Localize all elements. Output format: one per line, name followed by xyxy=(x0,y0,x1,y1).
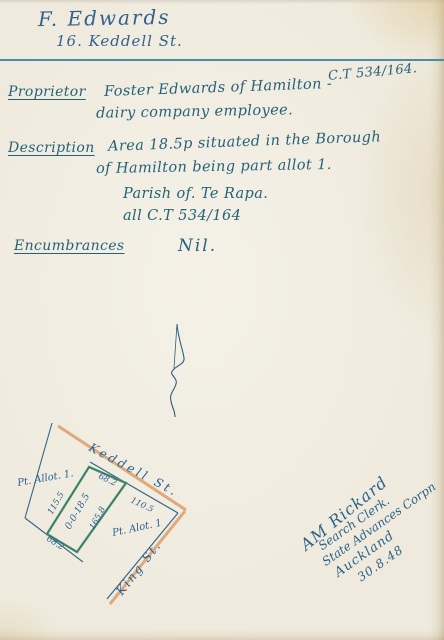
right-frontage-dim: 110.5 xyxy=(129,496,155,515)
king-street-label: King St. xyxy=(113,538,165,599)
description-label: Description xyxy=(8,140,95,156)
encumbrances-label: Encumbrances xyxy=(14,238,125,254)
header-rule xyxy=(0,59,444,61)
record-card-page: F. Edwards 16. Keddell St. C.T 534/164. … xyxy=(0,0,444,640)
left-boundary-line xyxy=(25,423,52,518)
encumbrances-value: Nil. xyxy=(178,236,217,256)
survey-plan: Keddell St. King St. 68.2 110.5 115.5 0-… xyxy=(10,418,200,618)
description-line1: Area 18.5p situated in the Borough xyxy=(108,129,382,155)
left-side-dim: 115.5 xyxy=(46,490,67,516)
left-parcel-label: Pt. Allot. 1. xyxy=(16,468,75,489)
pen-squiggle xyxy=(158,318,198,423)
keddell-street-label: Keddell St. xyxy=(86,440,181,500)
rear-dim: 68.2 xyxy=(44,534,65,553)
signature-block: AM Rickard Search Clerk. State Advances … xyxy=(283,414,444,607)
proprietor-label: Proprietor xyxy=(8,84,86,100)
right-side-dim: 165.8 xyxy=(88,505,109,532)
ct-reference: C.T 534/164. xyxy=(328,61,418,84)
owner-address: 16. Keddell St. xyxy=(56,32,183,50)
owner-name: F. Edwards xyxy=(38,5,171,31)
description-line2: of Hamilton being part allot 1. xyxy=(96,157,332,177)
proprietor-line1: Foster Edwards of Hamilton - xyxy=(104,76,333,100)
proprietor-line2: dairy company employee. xyxy=(96,102,293,121)
frontage-dim: 68.2 xyxy=(97,472,118,489)
right-parcel-label: Pt. Alot. 1 xyxy=(110,518,162,539)
description-line3: Parish of. Te Rapa. xyxy=(123,186,268,202)
description-line4: all C.T 534/164 xyxy=(123,208,241,224)
